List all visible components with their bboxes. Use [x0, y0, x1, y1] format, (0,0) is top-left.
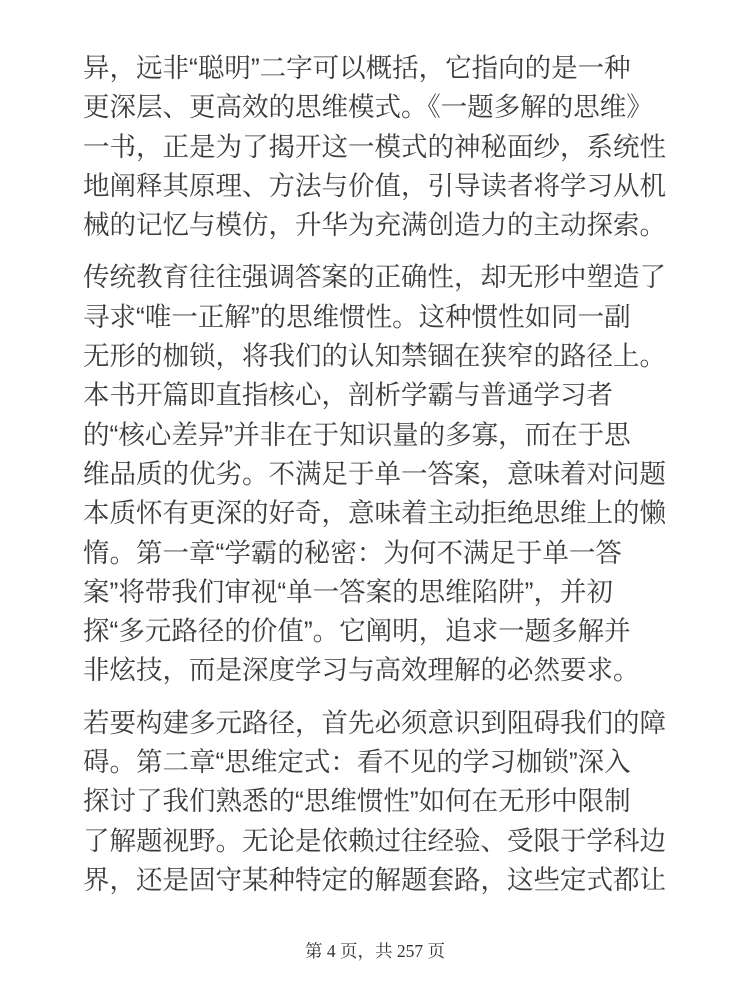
text-line: 了解题视野。无论是依赖过往经验、受限于学科边: [83, 822, 703, 861]
text-line: 械的记忆与模仿，升华为充满创造力的主动探索。: [83, 206, 703, 245]
text-line: 异，远非“聪明”二字可以概括，它指向的是一种: [83, 49, 703, 88]
paragraph: 传统教育往往强调答案的正确性，却无形中塑造了寻求“唯一正解”的思维惯性。这种惯性…: [83, 258, 703, 690]
text-line: 碍。第二章“思维定式：看不见的学习枷锁”深入: [83, 743, 703, 782]
text-line: 维品质的优劣。不满足于单一答案，意味着对问题: [83, 455, 703, 494]
text-line: 一书，正是为了揭开这一模式的神秘面纱，系统性: [83, 128, 703, 167]
paragraph: 异，远非“聪明”二字可以概括，它指向的是一种更深层、更高效的思维模式。《一题多解…: [83, 49, 703, 245]
text-line: 地阐释其原理、方法与价值，引导读者将学习从机: [83, 167, 703, 206]
text-line: 探“多元路径的价值”。它阐明，追求一题多解并: [83, 612, 703, 651]
text-line: 案”将带我们审视“单一答案的思维陷阱”，并初: [83, 573, 703, 612]
text-line: 传统教育往往强调答案的正确性，却无形中塑造了: [83, 258, 703, 297]
text-line: 非炫技，而是深度学习与高效理解的必然要求。: [83, 651, 703, 690]
text-line: 寻求“唯一正解”的思维惯性。这种惯性如同一副: [83, 298, 703, 337]
page-number-footer: 第 4 页，共 257 页: [0, 941, 750, 962]
text-line: 的“核心差异”并非在于知识量的多寡，而在于思: [83, 416, 703, 455]
text-line: 惰。第一章“学霸的秘密：为何不满足于单一答: [83, 534, 703, 573]
document-page: 异，远非“聪明”二字可以概括，它指向的是一种更深层、更高效的思维模式。《一题多解…: [0, 0, 750, 1000]
text-line: 界，还是固守某种特定的解题套路，这些定式都让: [83, 861, 703, 900]
text-line: 本书开篇即直指核心，剖析学霸与普通学习者: [83, 376, 703, 415]
text-line: 无形的枷锁，将我们的认知禁锢在狭窄的路径上。: [83, 337, 703, 376]
paragraph: 若要构建多元路径，首先必须意识到阻碍我们的障碍。第二章“思维定式：看不见的学习枷…: [83, 704, 703, 900]
text-line: 本质怀有更深的好奇，意味着主动拒绝思维上的懒: [83, 494, 703, 533]
page-body-text: 异，远非“聪明”二字可以概括，它指向的是一种更深层、更高效的思维模式。《一题多解…: [83, 49, 703, 913]
text-line: 探讨了我们熟悉的“思维惯性”如何在无形中限制: [83, 782, 703, 821]
text-line: 若要构建多元路径，首先必须意识到阻碍我们的障: [83, 704, 703, 743]
text-line: 更深层、更高效的思维模式。《一题多解的思维》: [83, 88, 703, 127]
